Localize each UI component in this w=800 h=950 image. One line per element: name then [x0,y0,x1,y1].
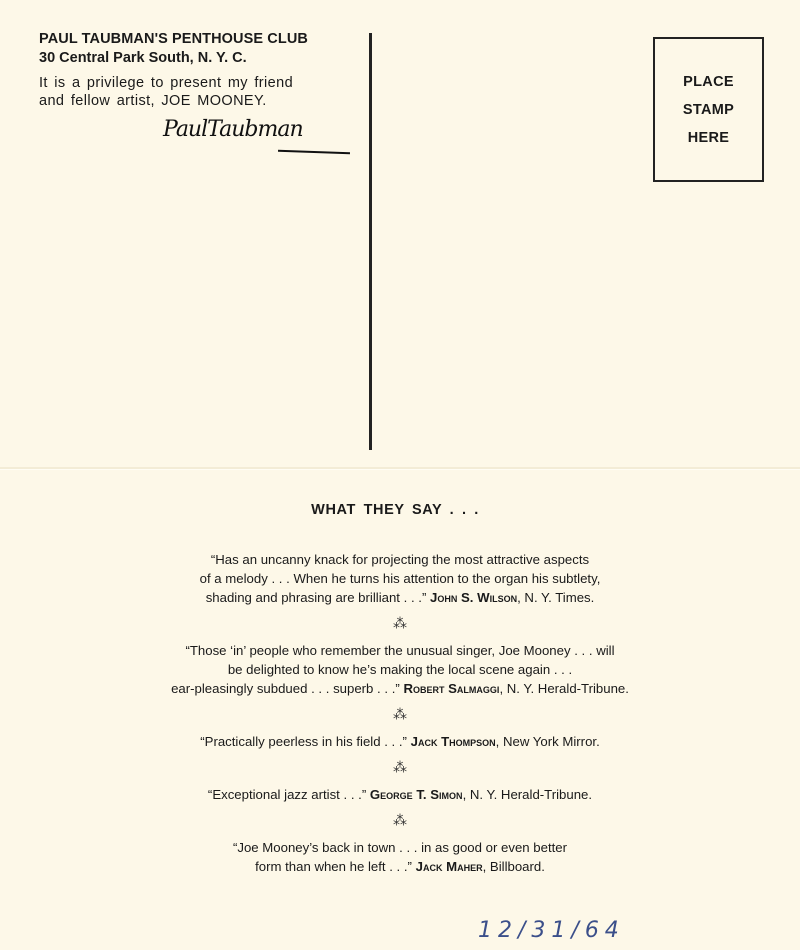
quote-line: “Practically peerless in his field . . .… [0,732,800,751]
club-address: 30 Central Park South, N. Y. C. [39,49,359,68]
quote-author: John S. Wilson [430,590,517,605]
quote-source: , Billboard. [483,859,545,874]
intro-text: It is a privilege to present my friend a… [39,74,359,110]
quote-line: shading and phrasing are brilliant . . .… [0,588,800,607]
quote-text: form than when he left . . .” [255,859,412,874]
stamp-box: PLACE STAMP HERE [653,37,764,182]
stamp-line-3: HERE [688,130,730,146]
asterism-icon: ⁂ [0,813,800,827]
sender-block: PAUL TAUBMAN'S PENTHOUSE CLUB 30 Central… [39,30,359,110]
handwritten-date: 12/31/64 [478,918,625,943]
testimonials-section: WHAT THEY SAY . . . “Has an uncanny knac… [0,502,800,876]
club-name: PAUL TAUBMAN'S PENTHOUSE CLUB [39,30,359,49]
quote-source: , N. Y. Herald-Tribune. [499,681,629,696]
quote-author: Jack Thompson [411,734,496,749]
quote-text: ear-pleasingly subdued . . . superb . . … [171,681,400,696]
quote-text: “Practically peerless in his field . . .… [200,734,407,749]
testimonial-quote: “Exceptional jazz artist . . .” George T… [0,785,800,804]
quote-text: shading and phrasing are brilliant . . .… [206,590,427,605]
quote-source: , N. Y. Times. [517,590,594,605]
quote-line: “Has an uncanny knack for projecting the… [0,550,800,569]
quote-author: Jack Maher [416,859,483,874]
signature: PaulTaubman [163,117,303,142]
quote-text: “Exceptional jazz artist . . .” [208,787,366,802]
testimonial-quote: “Those ‘in’ people who remember the unus… [0,641,800,698]
asterism-icon: ⁂ [0,616,800,630]
signature-flourish [278,150,350,155]
quote-line: ear-pleasingly subdued . . . superb . . … [0,679,800,698]
stamp-line-2: STAMP [683,102,734,118]
section-title: WHAT THEY SAY . . . [0,502,800,518]
quote-line: “Those ‘in’ people who remember the unus… [0,641,800,660]
postcard-divider [369,33,372,450]
quote-source: , N. Y. Herald-Tribune. [463,787,593,802]
quote-source: , New York Mirror. [496,734,600,749]
intro-line-2: and fellow artist, JOE MOONEY. [39,92,359,110]
asterism-icon: ⁂ [0,760,800,774]
testimonial-quote: “Joe Mooney’s back in town . . . in as g… [0,838,800,876]
testimonial-quote: “Has an uncanny knack for projecting the… [0,550,800,607]
intro-line-1: It is a privilege to present my friend [39,74,359,92]
quote-line: “Joe Mooney’s back in town . . . in as g… [0,838,800,857]
asterism-icon: ⁂ [0,707,800,721]
paper-fold-line [0,467,800,469]
stamp-line-1: PLACE [683,74,734,90]
testimonial-quote: “Practically peerless in his field . . .… [0,732,800,751]
quote-author: Robert Salmaggi [403,681,499,696]
quote-line: be delighted to know he’s making the loc… [0,660,800,679]
quote-line: form than when he left . . .” Jack Maher… [0,857,800,876]
quote-line: “Exceptional jazz artist . . .” George T… [0,785,800,804]
quote-author: George T. Simon [370,787,463,802]
quote-line: of a melody . . . When he turns his atte… [0,569,800,588]
